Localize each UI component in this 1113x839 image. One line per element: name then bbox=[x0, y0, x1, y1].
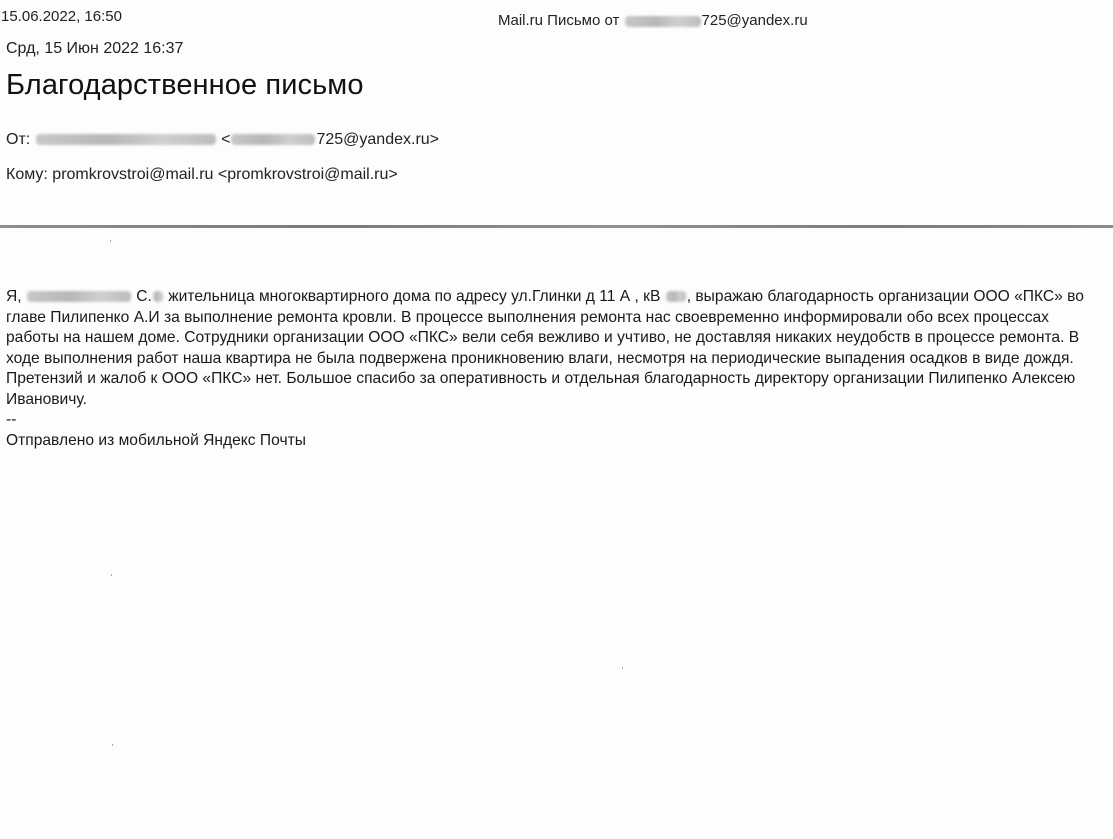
message-subject: Благодарственное письмо bbox=[6, 69, 364, 102]
print-page-title: Mail.ru Письмо от 725@yandex.ru bbox=[498, 12, 808, 29]
header-divider bbox=[0, 225, 1113, 228]
scan-speck bbox=[111, 574, 112, 576]
body-address: жительница многоквартирного дома по адре… bbox=[168, 288, 660, 305]
redacted-apartment bbox=[666, 291, 686, 302]
scan-speck bbox=[622, 667, 623, 669]
from-open-bracket: < bbox=[221, 131, 230, 148]
print-title-prefix: Mail.ru Письмо от bbox=[498, 12, 619, 29]
redacted-sender-email bbox=[625, 16, 701, 27]
redacted-sender-name bbox=[36, 134, 216, 145]
to-value: promkrovstroi@mail.ru <promkrovstroi@mai… bbox=[52, 166, 397, 183]
to-label: Кому: bbox=[6, 166, 48, 183]
scan-speck bbox=[112, 744, 113, 746]
message-body: Я, С. жительница многоквартирного дома п… bbox=[6, 287, 1106, 451]
to-line: Кому: promkrovstroi@mail.ru <promkrovstr… bbox=[6, 166, 398, 184]
scan-speck bbox=[110, 240, 111, 242]
redacted-sender-email-prefix bbox=[231, 134, 315, 145]
from-label: От: bbox=[6, 131, 30, 148]
print-title-email-suffix: 725@yandex.ru bbox=[702, 12, 808, 29]
print-date: 15.06.2022, 16:50 bbox=[1, 8, 122, 25]
from-email-suffix: 725@yandex.ru> bbox=[316, 131, 439, 148]
body-initial: С. bbox=[136, 288, 152, 305]
body-intro: Я, bbox=[6, 288, 22, 305]
signature-separator: -- bbox=[6, 410, 1106, 431]
sent-date: Срд, 15 Июн 2022 16:37 bbox=[6, 40, 183, 58]
signature: Отправлено из мобильной Яндекс Почты bbox=[6, 431, 1106, 452]
from-line: От: <725@yandex.ru> bbox=[6, 131, 439, 149]
body-paragraph: Я, С. жительница многоквартирного дома п… bbox=[6, 287, 1106, 410]
redacted-initial bbox=[153, 291, 163, 302]
body-thanks: , выражаю благодарность bbox=[687, 288, 874, 305]
redacted-surname bbox=[27, 291, 131, 302]
body-text: организации ООО «ПКС» во главе Пилипенко… bbox=[6, 288, 1084, 408]
